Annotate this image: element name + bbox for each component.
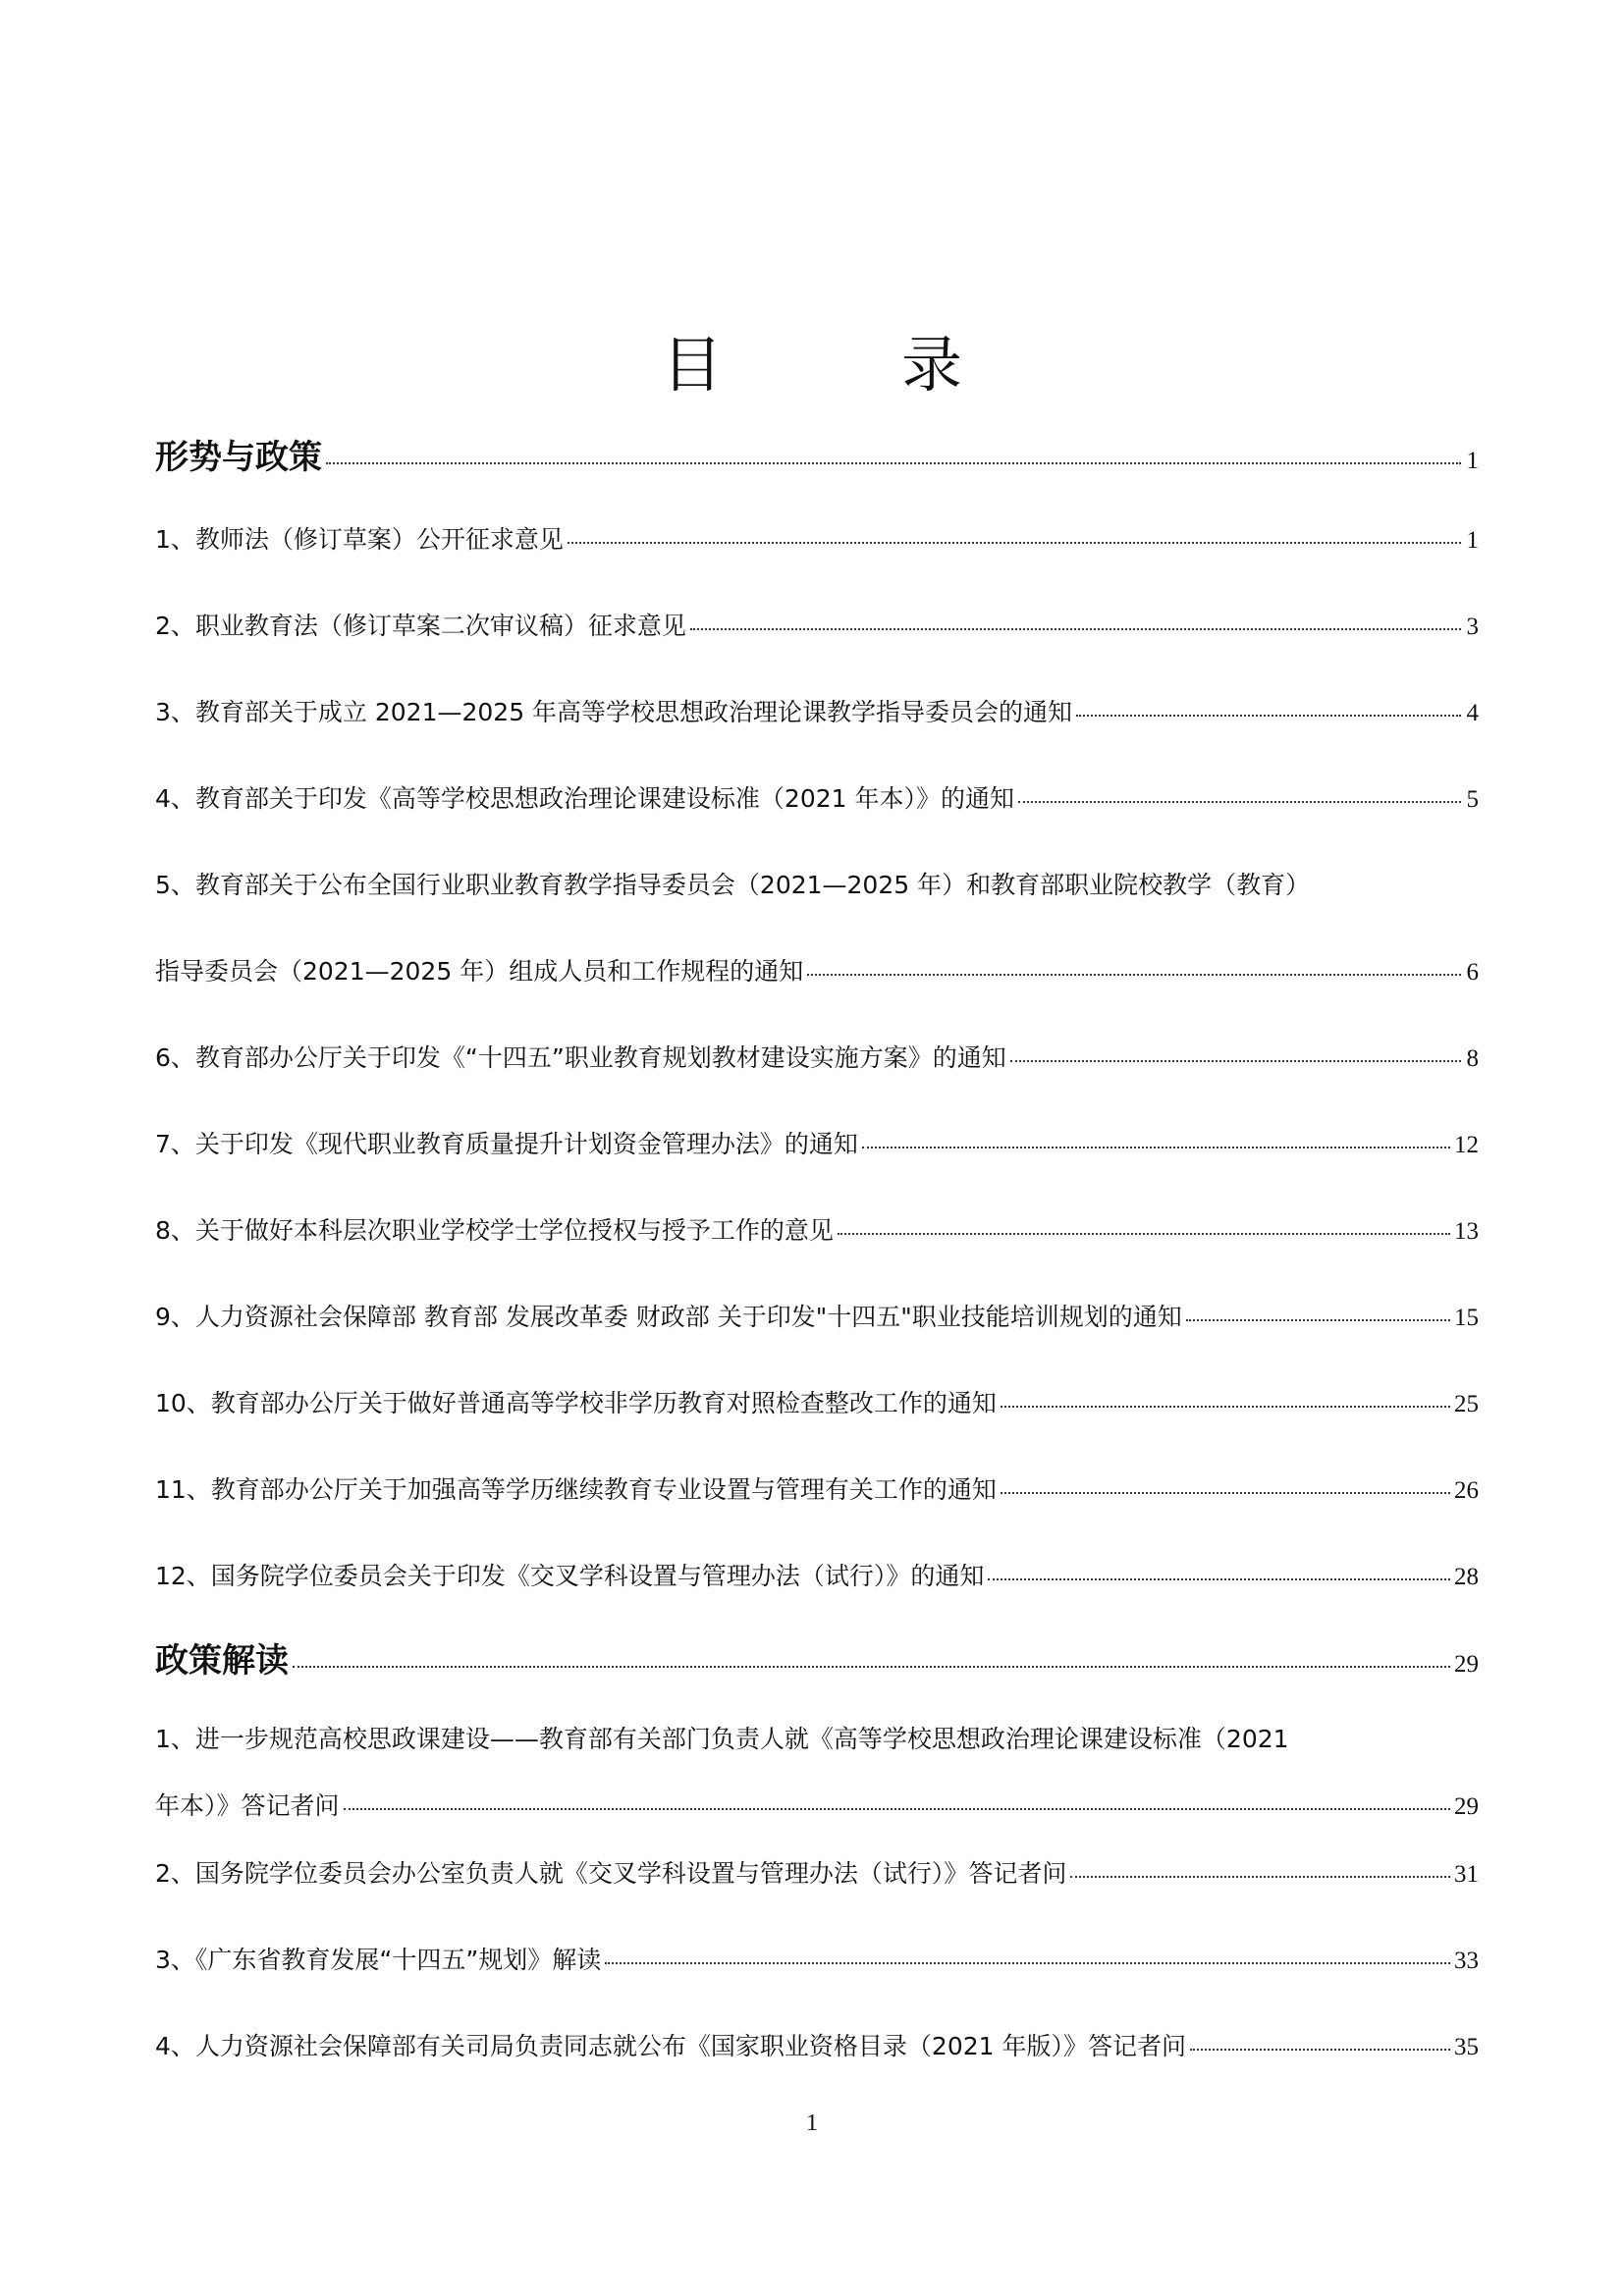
entry-title: 10、教育部办公厅关于做好普通高等学校非学历教育对照检查整改工作的通知 — [155, 1384, 997, 1419]
toc-entry[interactable]: 1、进一步规范高校思政课建设——教育部有关部门负责人就《高等学校思想政治理论课建… — [155, 1720, 1479, 1755]
entry-title: 1、教师法（修订草案）公开征求意见 — [155, 520, 564, 556]
dot-leader — [293, 1666, 1450, 1668]
entry-title: 2、国务院学位委员会办公室负责人就《交叉学科设置与管理办法（试行）》答记者问 — [155, 1854, 1066, 1890]
toc-entry[interactable]: 5、教育部关于公布全国行业职业教育教学指导委员会（2021—2025 年）和教育… — [155, 866, 1479, 901]
section-title: 政策解读 — [155, 1633, 289, 1682]
section-title: 形势与政策 — [155, 430, 322, 478]
toc-entry[interactable]: 6、教育部办公厅关于印发《“十四五”职业教育规划教材建设实施方案》的通知 8 — [155, 1039, 1479, 1074]
entry-title-continued: 指导委员会（2021—2025 年）组成人员和工作规程的通知 — [155, 952, 803, 988]
toc-entry-continuation[interactable]: 指导委员会（2021—2025 年）组成人员和工作规程的通知 6 — [155, 952, 1479, 988]
toc-entry-continuation[interactable]: 年本）》答记者问 29 — [155, 1787, 1479, 1822]
entry-title-continued: 年本）》答记者问 — [155, 1787, 340, 1822]
page-number: 1 — [1465, 527, 1479, 555]
entry-title: 3、《广东省教育发展“十四五”规划》解读 — [155, 1941, 601, 1976]
entry-title: 6、教育部办公厅关于印发《“十四五”职业教育规划教材建设实施方案》的通知 — [155, 1039, 1006, 1074]
toc-entry[interactable]: 4、人力资源社会保障部有关司局负责同志就公布《国家职业资格目录（2021 年版）… — [155, 2027, 1479, 2062]
page-number: 26 — [1454, 1477, 1479, 1505]
dot-leader — [1186, 1319, 1450, 1321]
dot-leader — [1076, 715, 1461, 717]
toc-entry[interactable]: 9、人力资源社会保障部 教育部 发展改革委 财政部 关于印发"十四五"职业技能培… — [155, 1298, 1479, 1333]
dot-leader — [1010, 1060, 1461, 1062]
page-number: 29 — [1454, 1793, 1479, 1821]
dot-leader — [568, 542, 1461, 544]
toc-entry[interactable]: 3、《广东省教育发展“十四五”规划》解读 33 — [155, 1941, 1479, 1976]
entry-title: 11、教育部办公厅关于加强高等学历继续教育专业设置与管理有关工作的通知 — [155, 1470, 997, 1506]
toc-entry[interactable]: 10、教育部办公厅关于做好普通高等学校非学历教育对照检查整改工作的通知 25 — [155, 1384, 1479, 1419]
entry-title: 1、进一步规范高校思政课建设——教育部有关部门负责人就《高等学校思想政治理论课建… — [155, 1720, 1289, 1755]
toc-entry[interactable]: 8、关于做好本科层次职业学校学士学位授权与授予工作的意见 13 — [155, 1211, 1479, 1247]
toc-entry[interactable]: 3、教育部关于成立 2021—2025 年高等学校思想政治理论课教学指导委员会的… — [155, 693, 1479, 728]
toc-entry[interactable]: 7、关于印发《现代职业教育质量提升计划资金管理办法》的通知 12 — [155, 1125, 1479, 1160]
dot-leader — [326, 462, 1461, 464]
dot-leader — [1190, 2049, 1450, 2051]
page-number: 35 — [1454, 2034, 1479, 2061]
toc-entry[interactable]: 2、职业教育法（修订草案二次审议稿）征求意见 3 — [155, 607, 1479, 642]
toc-entry[interactable]: 2、国务院学位委员会办公室负责人就《交叉学科设置与管理办法（试行）》答记者问 3… — [155, 1854, 1479, 1890]
page-number: 8 — [1465, 1045, 1479, 1073]
toc-section-heading[interactable]: 形势与政策 1 — [155, 430, 1479, 478]
dot-leader — [344, 1808, 1450, 1810]
page-footer-number: 1 — [0, 2110, 1624, 2137]
entry-title: 8、关于做好本科层次职业学校学士学位授权与授予工作的意见 — [155, 1211, 834, 1247]
page-number: 33 — [1454, 1948, 1479, 1975]
page-title: 目 录 — [0, 326, 1624, 404]
entry-title: 9、人力资源社会保障部 教育部 发展改革委 财政部 关于印发"十四五"职业技能培… — [155, 1298, 1182, 1333]
page-number: 31 — [1454, 1861, 1479, 1889]
page-number: 3 — [1465, 614, 1479, 641]
dot-leader — [690, 628, 1461, 630]
entry-title: 7、关于印发《现代职业教育质量提升计划资金管理办法》的通知 — [155, 1125, 858, 1160]
page-number: 15 — [1454, 1305, 1479, 1332]
entry-title: 12、国务院学位委员会关于印发《交叉学科设置与管理办法（试行）》的通知 — [155, 1557, 984, 1592]
toc-entry[interactable]: 4、教育部关于印发《高等学校思想政治理论课建设标准（2021 年本）》的通知 5 — [155, 779, 1479, 815]
toc-entry[interactable]: 1、教师法（修订草案）公开征求意见 1 — [155, 520, 1479, 556]
entry-title: 5、教育部关于公布全国行业职业教育教学指导委员会（2021—2025 年）和教育… — [155, 866, 1310, 901]
entry-title: 4、人力资源社会保障部有关司局负责同志就公布《国家职业资格目录（2021 年版）… — [155, 2027, 1186, 2062]
entry-title: 3、教育部关于成立 2021—2025 年高等学校思想政治理论课教学指导委员会的… — [155, 693, 1072, 728]
toc-entry[interactable]: 11、教育部办公厅关于加强高等学历继续教育专业设置与管理有关工作的通知 26 — [155, 1470, 1479, 1506]
dot-leader — [1070, 1876, 1450, 1878]
dot-leader — [605, 1962, 1450, 1964]
dot-leader — [838, 1233, 1450, 1235]
entry-title: 4、教育部关于印发《高等学校思想政治理论课建设标准（2021 年本）》的通知 — [155, 779, 1014, 815]
dot-leader — [1001, 1492, 1450, 1494]
toc-section-heading[interactable]: 政策解读 29 — [155, 1633, 1479, 1682]
page-number: 6 — [1465, 959, 1479, 987]
page-number: 25 — [1454, 1391, 1479, 1418]
dot-leader — [862, 1147, 1450, 1148]
page-number: 4 — [1465, 700, 1479, 727]
toc-entry[interactable]: 12、国务院学位委员会关于印发《交叉学科设置与管理办法（试行）》的通知 28 — [155, 1557, 1479, 1592]
page-number: 1 — [1465, 448, 1479, 475]
page-number: 13 — [1454, 1218, 1479, 1246]
page-number: 29 — [1454, 1651, 1479, 1679]
dot-leader — [807, 974, 1461, 976]
page-number: 12 — [1454, 1132, 1479, 1159]
dot-leader — [1001, 1406, 1450, 1408]
page-number: 28 — [1454, 1564, 1479, 1591]
dot-leader — [1018, 801, 1461, 803]
dot-leader — [988, 1578, 1450, 1580]
page-number: 5 — [1465, 786, 1479, 814]
entry-title: 2、职业教育法（修订草案二次审议稿）征求意见 — [155, 607, 686, 642]
